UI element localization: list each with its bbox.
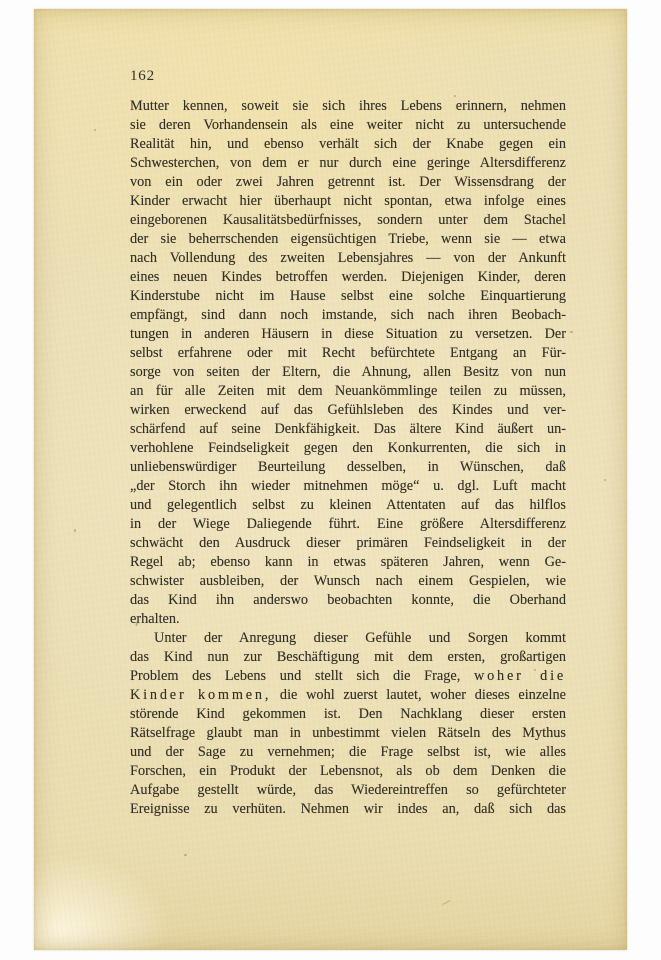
text-segment: die wohl zuerst lautet, woher dieses ein…	[271, 687, 566, 703]
text-line: Regel ab; ebenso kann in etwas späteren …	[130, 553, 566, 572]
text-line: Kinderstube nicht im Hause selbst eine s…	[130, 287, 566, 306]
text-line: selbst erfahrene oder mit Recht befürcht…	[130, 344, 566, 363]
text-segment: Kinder erwacht hier überhaupt nicht spon…	[130, 193, 566, 209]
paper-fiber	[442, 900, 450, 905]
text-segment: eingeborenen Kausalitätsbedürfnisses, so…	[130, 212, 566, 228]
text-line: störende Kind gekommen ist. Den Nachklan…	[130, 705, 566, 724]
text-block: Mutter kennen, soweit sie sich ihres Leb…	[130, 97, 566, 819]
text-line: empfängt, sind dann noch imstande, sich …	[130, 306, 566, 325]
text-segment: nach Vollendung des zweiten Lebensjahres…	[130, 250, 566, 266]
text-segment: Forschen, ein Produkt der Lebensnot, als…	[130, 763, 566, 779]
scan-background: 162 Mutter kennen, soweit sie sich ihres…	[0, 0, 661, 960]
text-line: Unter der Anregung dieser Gefühle und So…	[130, 629, 566, 648]
text-line: schwächt den Ausdruck dieser primären Fe…	[130, 534, 566, 553]
text-line: eines neuen Kindes betroffen werden. Die…	[130, 268, 566, 287]
text-line: das Kind nun zur Beschäftigung mit dem e…	[130, 648, 566, 667]
paper-speck	[604, 479, 606, 481]
text-line: nach Vollendung des zweiten Lebensjahres…	[130, 249, 566, 268]
text-segment: schwister ausbleiben, der Wunsch nach ei…	[130, 573, 566, 589]
text-segment: schwächt den Ausdruck dieser primären Fe…	[130, 535, 566, 551]
text-line: schwister ausbleiben, der Wunsch nach ei…	[130, 572, 566, 591]
text-segment: Aufgabe gestellt würde, das Wiedereintre…	[130, 782, 566, 798]
text-line: Realität hin, und ebenso verhält sich de…	[130, 135, 566, 154]
paper-speck	[184, 854, 187, 856]
text-segment: wirken erweckend auf das Gefühlsleben de…	[130, 402, 566, 418]
page-paper: 162 Mutter kennen, soweit sie sich ihres…	[34, 9, 627, 950]
emphasized-text: Kinder kommen,	[130, 687, 271, 703]
text-segment: Regel ab; ebenso kann in etwas späteren …	[130, 554, 566, 570]
text-segment: von ein oder zwei Jahren getrennt ist. D…	[130, 174, 566, 190]
text-line: und der Sage zu vernehmen; die Frage sel…	[130, 743, 566, 762]
text-segment: störende Kind gekommen ist. Den Nachklan…	[130, 706, 566, 722]
text-segment: Unter der Anregung dieser Gefühle und So…	[154, 630, 566, 646]
text-line: schärfend auf seine Denkfähigkeit. Das ä…	[130, 420, 566, 439]
text-segment: empfängt, sind dann noch imstande, sich …	[130, 307, 566, 323]
text-line: Problem des Lebens und stellt sich die F…	[130, 667, 566, 686]
text-segment: Realität hin, und ebenso verhält sich de…	[130, 136, 566, 152]
text-line: Kinder erwacht hier überhaupt nicht spon…	[130, 192, 566, 211]
text-segment: sie deren Vorhandensein als eine weiter …	[130, 117, 566, 133]
text-segment: und der Sage zu vernehmen; die Frage sel…	[130, 744, 566, 760]
text-segment: Schwesterchen, von dem er nur durch eine…	[130, 155, 566, 171]
text-line: Aufgabe gestellt würde, das Wiedereintre…	[130, 781, 566, 800]
text-segment: unliebenswürdiger Beurteilung desselben,…	[130, 459, 566, 475]
text-segment: „der Storch ihn wieder mitnehmen möge“ u…	[130, 478, 566, 494]
text-line: sorge von seiten der Eltern, die Ahnung,…	[130, 363, 566, 382]
text-segment: und gelegentlich selbst zu kleinen Atten…	[130, 497, 566, 513]
text-line: tungen in anderen Häusern in diese Situa…	[130, 325, 566, 344]
text-segment: in der Wiege Daliegende führt. Eine größ…	[130, 516, 566, 532]
text-line: von ein oder zwei Jahren getrennt ist. D…	[130, 173, 566, 192]
text-segment: Mutter kennen, soweit sie sich ihres Leb…	[130, 98, 566, 114]
page-number: 162	[130, 67, 155, 85]
text-segment: der sie beherrschenden eigensüchtigen Tr…	[130, 231, 566, 247]
text-line: Schwesterchen, von dem er nur durch eine…	[130, 154, 566, 173]
text-segment: schärfend auf seine Denkfähigkeit. Das ä…	[130, 421, 566, 437]
text-line: und gelegentlich selbst zu kleinen Atten…	[130, 496, 566, 515]
text-segment: sorge von seiten der Eltern, die Ahnung,…	[130, 364, 566, 380]
text-line: Ereignisse zu verhüten. Nehmen wir indes…	[130, 800, 566, 819]
text-line: Forschen, ein Produkt der Lebensnot, als…	[130, 762, 566, 781]
text-line: das Kind ihn anderswo beobachten konnte,…	[130, 591, 566, 610]
text-line: unliebenswürdiger Beurteilung desselben,…	[130, 458, 566, 477]
text-line: Kinder kommen, die wohl zuerst lautet, w…	[130, 686, 566, 705]
paper-speck	[94, 129, 96, 131]
text-segment: selbst erfahrene oder mit Recht befürcht…	[130, 345, 566, 361]
text-line: verhohlene Feindseligkeit gegen den Konk…	[130, 439, 566, 458]
paper-speck	[570, 331, 573, 333]
text-line: in der Wiege Daliegende führt. Eine größ…	[130, 515, 566, 534]
text-segment: eines neuen Kindes betroffen werden. Die…	[130, 269, 566, 285]
paper-speck	[74, 529, 76, 532]
text-segment: Rätselfrage glaubt man in unbestimmt vie…	[130, 725, 566, 741]
text-line: wirken erweckend auf das Gefühlsleben de…	[130, 401, 566, 420]
text-segment: verhohlene Feindseligkeit gegen den Konk…	[130, 440, 566, 456]
text-segment: das Kind nun zur Beschäftigung mit dem e…	[130, 649, 566, 665]
text-segment: Ereignisse zu verhüten. Nehmen wir indes…	[130, 801, 566, 817]
text-segment: tungen in anderen Häusern in diese Situa…	[130, 326, 566, 342]
text-line: erhalten.	[130, 610, 566, 629]
text-line: Mutter kennen, soweit sie sich ihres Leb…	[130, 97, 566, 116]
text-line: eingeborenen Kausalitätsbedürfnisses, so…	[130, 211, 566, 230]
text-segment: Problem des Lebens und stellt sich die F…	[130, 668, 474, 684]
emphasized-text: woher die	[474, 668, 566, 684]
text-line: der sie beherrschenden eigensüchtigen Tr…	[130, 230, 566, 249]
text-line: an für alle Zeiten mit dem Neuankömmling…	[130, 382, 566, 401]
text-segment: an für alle Zeiten mit dem Neuankömmling…	[130, 383, 566, 399]
text-segment: erhalten.	[130, 611, 180, 627]
text-line: „der Storch ihn wieder mitnehmen möge“ u…	[130, 477, 566, 496]
text-line: Rätselfrage glaubt man in unbestimmt vie…	[130, 724, 566, 743]
text-segment: das Kind ihn anderswo beobachten konnte,…	[130, 592, 566, 608]
text-segment: Kinderstube nicht im Hause selbst eine s…	[130, 288, 566, 304]
text-line: sie deren Vorhandensein als eine weiter …	[130, 116, 566, 135]
